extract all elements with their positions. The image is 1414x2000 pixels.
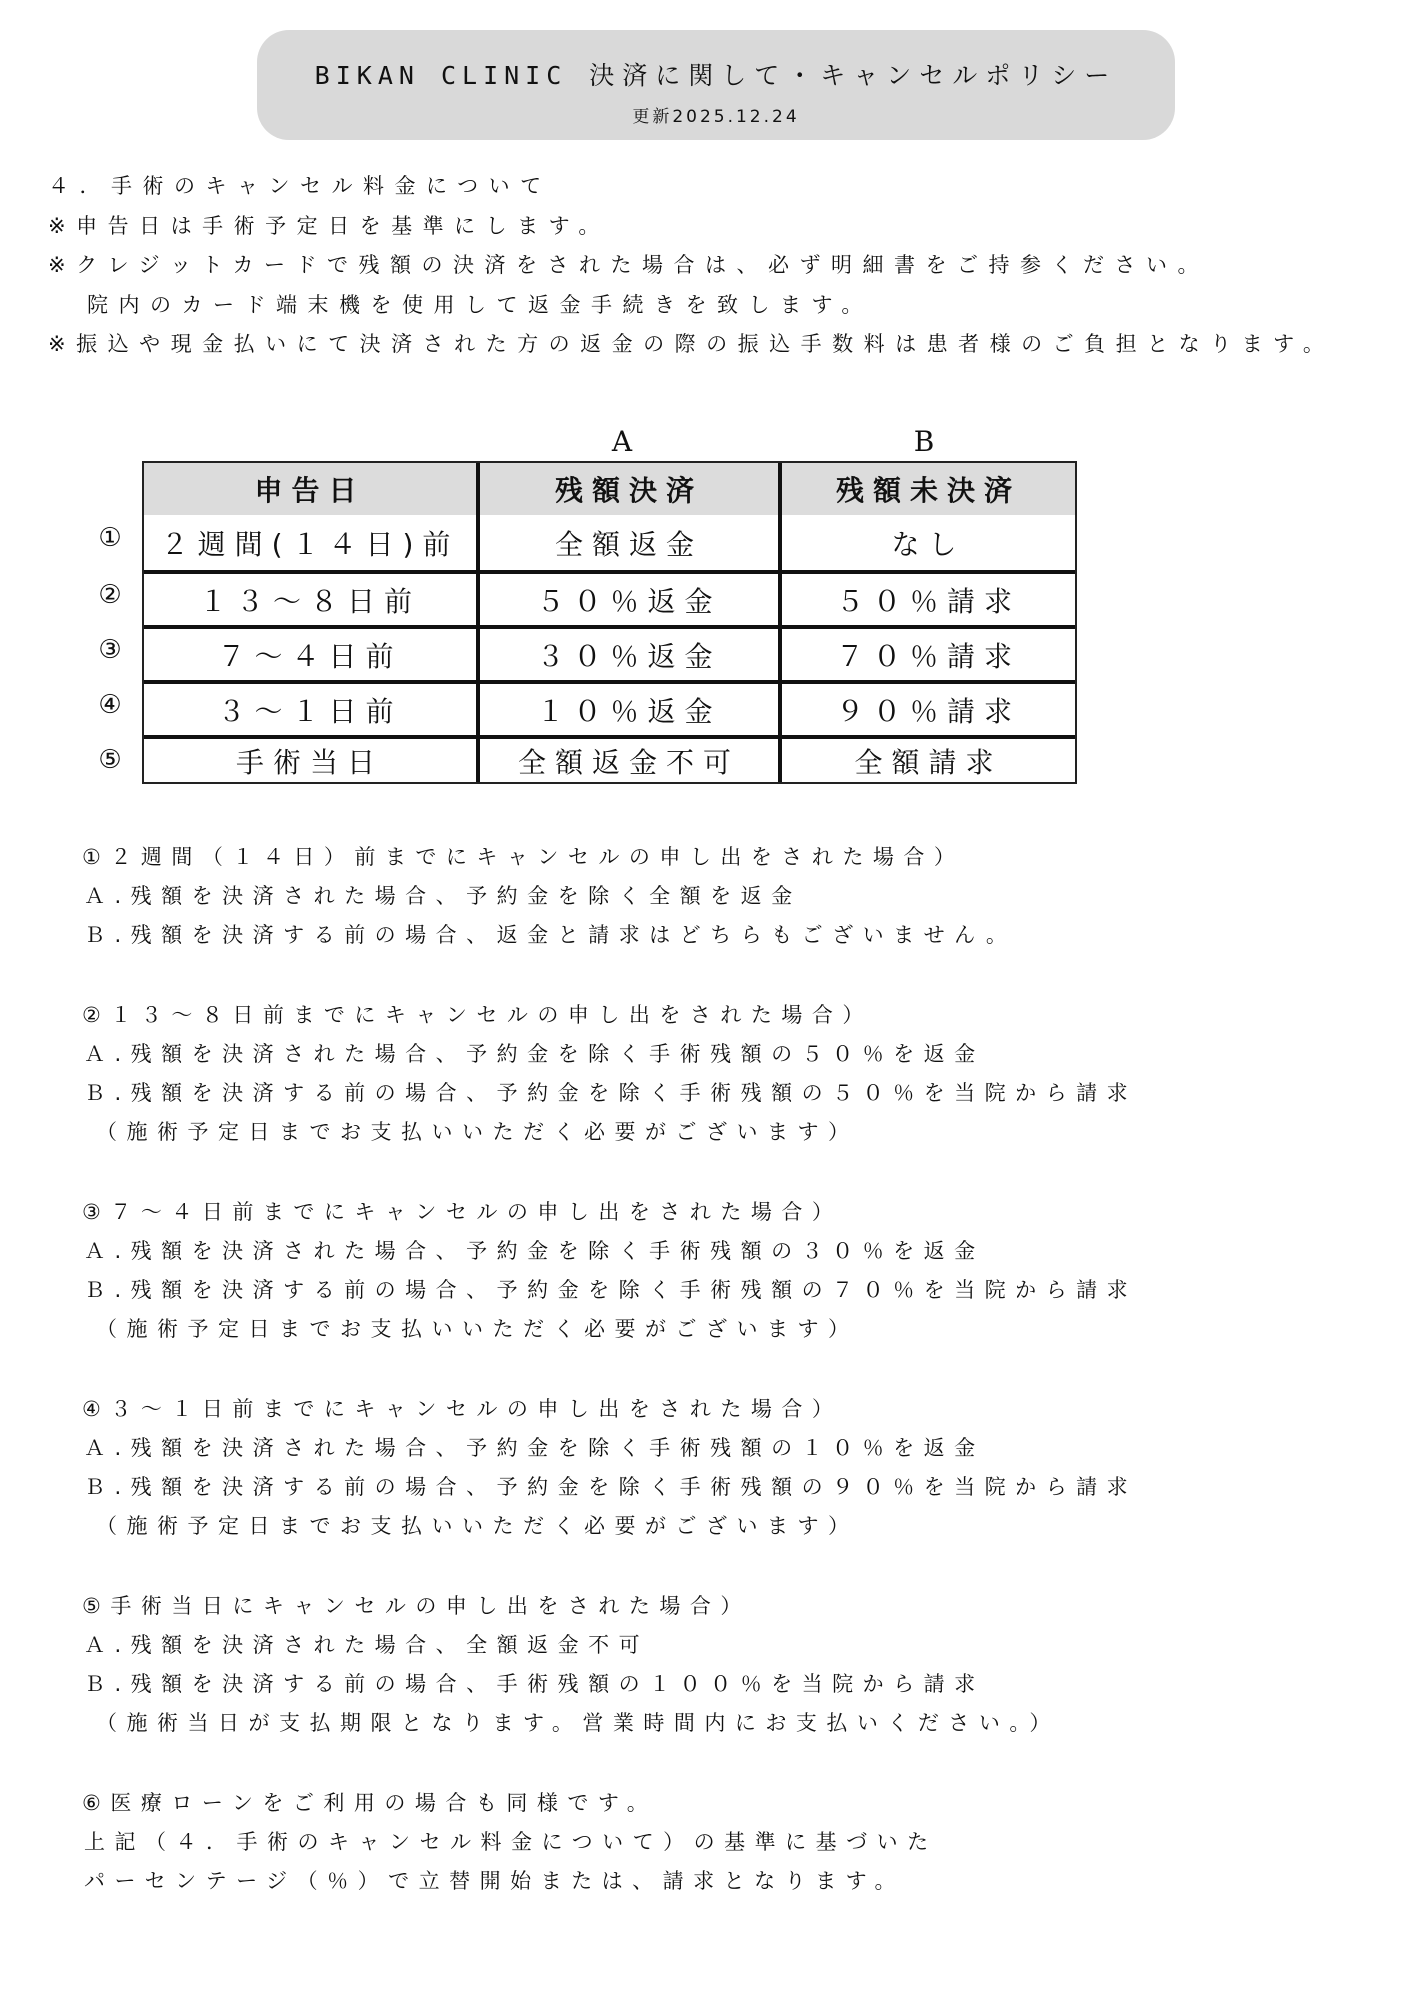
case-title: ⑤手術当日にキャンセルの申し出をされた場合） — [82, 1587, 1137, 1626]
cancellation-cases: ①２週間（１４日）前までにキャンセルの申し出をされた場合） Ａ.残額を決済された… — [82, 838, 1137, 1942]
cancellation-fee-table: 申告日 残額決済 残額未決済 ２週間(１４日)前 全額返金 なし １３～８日前 … — [142, 461, 1077, 784]
loan-line: 上記（４．手術のキャンセル料金について）の基準に基づいた — [82, 1823, 1137, 1862]
table-row: ３～１日前 １０％返金 ９０％請求 — [144, 680, 1075, 735]
case-option-b: Ｂ.残額を決済する前の場合、予約金を除く手術残額の５０％を当院から請求 — [82, 1074, 1137, 1113]
case-block: ③７～４日前までにキャンセルの申し出をされた場合） Ａ.残額を決済された場合、予… — [82, 1193, 1137, 1349]
table-cell: 全額返金不可 — [476, 739, 778, 782]
loan-block: ⑥医療ローンをご利用の場合も同様です。 上記（４．手術のキャンセル料金について）… — [82, 1784, 1137, 1901]
note-line: 院内のカード端末機を使用して返金手続きを致します。 — [48, 286, 1334, 326]
table-header-row: 申告日 残額決済 残額未決済 — [144, 463, 1075, 515]
table-cell: ３～１日前 — [144, 684, 476, 735]
table-cell: 全額請求 — [778, 739, 1075, 782]
table-cell: ３０％返金 — [476, 629, 778, 680]
row-number: ⑤ — [93, 745, 127, 775]
row-number: ④ — [93, 690, 127, 720]
table-cell: ７０％請求 — [778, 629, 1075, 680]
table-row: ２週間(１４日)前 全額返金 なし — [144, 515, 1075, 570]
note-line: ※申告日は手術予定日を基準にします。 — [48, 207, 1334, 247]
row-number: ② — [93, 580, 127, 610]
table-cell: ２週間(１４日)前 — [144, 515, 476, 570]
case-note: （施術予定日までお支払いいただく必要がございます） — [82, 1113, 1137, 1152]
case-option-a: Ａ.残額を決済された場合、予約金を除く手術残額の５０％を返金 — [82, 1035, 1137, 1074]
table-cell: ７～４日前 — [144, 629, 476, 680]
case-note: （施術予定日までお支払いいただく必要がございます） — [82, 1310, 1137, 1349]
loan-title: ⑥医療ローンをご利用の場合も同様です。 — [82, 1784, 1137, 1823]
case-option-b: Ｂ.残額を決済する前の場合、手術残額の１００％を当院から請求 — [82, 1665, 1137, 1704]
case-block: ①２週間（１４日）前までにキャンセルの申し出をされた場合） Ａ.残額を決済された… — [82, 838, 1137, 955]
case-option-a: Ａ.残額を決済された場合、予約金を除く手術残額の１０％を返金 — [82, 1429, 1137, 1468]
document-title: BIKAN CLINIC決済に関して・キャンセルポリシー — [257, 56, 1175, 92]
loan-line: パーセンテージ（％）で立替開始または、請求となります。 — [82, 1862, 1137, 1901]
table-cell: １３～８日前 — [144, 574, 476, 625]
header-report-date: 申告日 — [144, 463, 476, 515]
table-row: 手術当日 全額返金不可 全額請求 — [144, 735, 1075, 782]
case-option-a: Ａ.残額を決済された場合、予約金を除く手術残額の３０％を返金 — [82, 1232, 1137, 1271]
case-option-a: Ａ.残額を決済された場合、全額返金不可 — [82, 1626, 1137, 1665]
case-block: ⑤手術当日にキャンセルの申し出をされた場合） Ａ.残額を決済された場合、全額返金… — [82, 1587, 1137, 1743]
clinic-name: BIKAN CLINIC — [315, 61, 568, 90]
document-header: BIKAN CLINIC決済に関して・キャンセルポリシー 更新2025.12.2… — [257, 30, 1175, 140]
case-option-b: Ｂ.残額を決済する前の場合、予約金を除く手術残額の９０％を当院から請求 — [82, 1468, 1137, 1507]
table-row: １３～８日前 ５０％返金 ５０％請求 — [144, 570, 1075, 625]
case-title: ④３～１日前までにキャンセルの申し出をされた場合） — [82, 1390, 1137, 1429]
policy-title: 決済に関して・キャンセルポリシー — [589, 61, 1117, 90]
case-title: ②１３～８日前までにキャンセルの申し出をされた場合） — [82, 996, 1137, 1035]
header-unpaid: 残額未決済 — [778, 463, 1075, 515]
column-letter-b: B — [904, 425, 944, 458]
case-note: （施術当日が支払期限となります。営業時間内にお支払いください。） — [82, 1704, 1137, 1743]
row-number: ① — [93, 523, 127, 553]
row-number: ③ — [93, 635, 127, 665]
case-note: （施術予定日までお支払いいただく必要がございます） — [82, 1507, 1137, 1546]
column-letter-a: A — [602, 425, 642, 458]
case-block: ②１３～８日前までにキャンセルの申し出をされた場合） Ａ.残額を決済された場合、… — [82, 996, 1137, 1152]
case-option-a: Ａ.残額を決済された場合、予約金を除く全額を返金 — [82, 877, 1137, 916]
intro-section: ４．手術のキャンセル料金について ※申告日は手術予定日を基準にします。 ※クレジ… — [48, 167, 1334, 365]
updated-date: 更新2025.12.24 — [257, 102, 1175, 127]
case-title: ③７～４日前までにキャンセルの申し出をされた場合） — [82, 1193, 1137, 1232]
table-cell: なし — [778, 515, 1075, 570]
table-cell: ５０％請求 — [778, 574, 1075, 625]
section-heading: ４．手術のキャンセル料金について — [48, 167, 1334, 207]
table-cell: ５０％返金 — [476, 574, 778, 625]
case-title: ①２週間（１４日）前までにキャンセルの申し出をされた場合） — [82, 838, 1137, 877]
case-block: ④３～１日前までにキャンセルの申し出をされた場合） Ａ.残額を決済された場合、予… — [82, 1390, 1137, 1546]
case-option-b: Ｂ.残額を決済する前の場合、予約金を除く手術残額の７０％を当院から請求 — [82, 1271, 1137, 1310]
note-line: ※振込や現金払いにて決済された方の返金の際の振込手数料は患者様のご負担となります… — [48, 325, 1334, 365]
table-cell: ９０％請求 — [778, 684, 1075, 735]
table-cell: １０％返金 — [476, 684, 778, 735]
table-row: ７～４日前 ３０％返金 ７０％請求 — [144, 625, 1075, 680]
case-option-b: Ｂ.残額を決済する前の場合、返金と請求はどちらもございません。 — [82, 916, 1137, 955]
table-cell: 手術当日 — [144, 739, 476, 782]
table-cell: 全額返金 — [476, 515, 778, 570]
header-paid: 残額決済 — [476, 463, 778, 515]
note-line: ※クレジットカードで残額の決済をされた場合は、必ず明細書をご持参ください。 — [48, 246, 1334, 286]
